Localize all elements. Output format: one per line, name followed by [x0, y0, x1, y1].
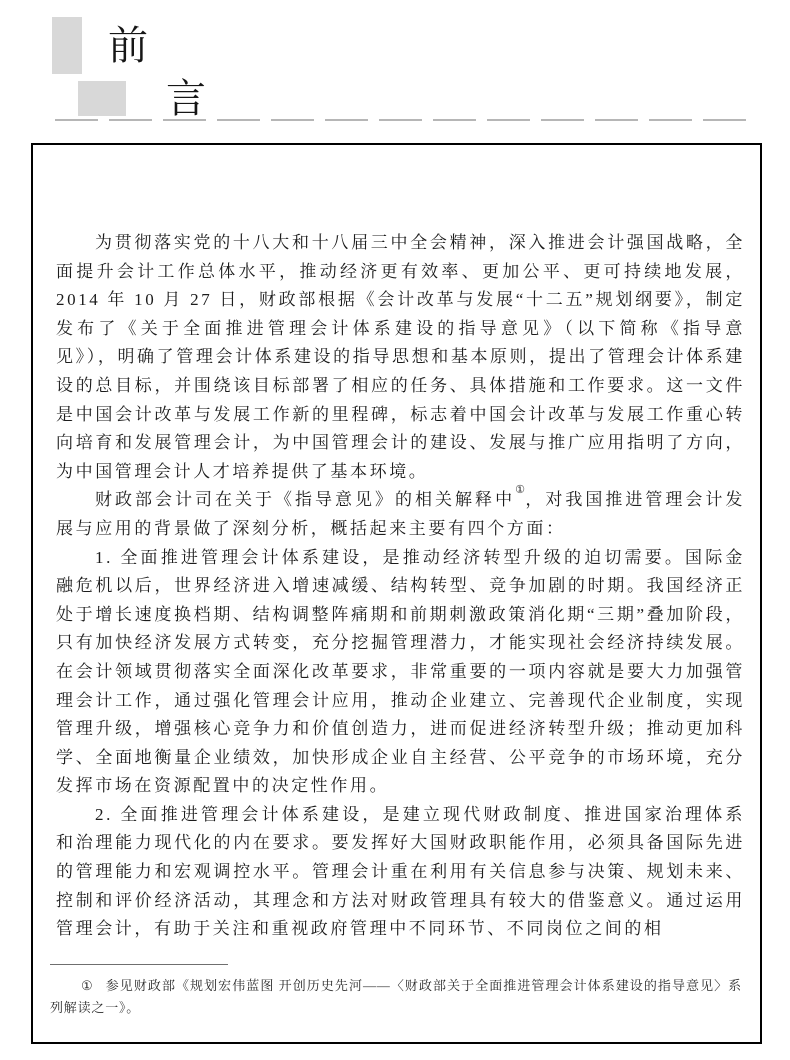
- book-preface-page: 前 言 为贯彻落实党的十八大和十八届三中全会精神，深入推进会计强国战略，全面提升…: [0, 0, 790, 1060]
- paragraph-3: 1. 全面推进管理会计体系建设，是推动经济转型升级的迫切需要。国际金融危机以后，…: [56, 544, 745, 801]
- title-char-yan: 言: [166, 79, 206, 119]
- paragraph-1: 为贯彻落实党的十八大和十八届三中全会精神，深入推进会计强国战略，全面提升会计工作…: [56, 229, 745, 486]
- footnote: ①参见财政部《规划宏伟蓝图 开创历史先河——〈财政部关于全面推进管理会计体系建设…: [50, 975, 742, 1018]
- body-text: 为贯彻落实党的十八大和十八届三中全会精神，深入推进会计强国战略，全面提升会计工作…: [56, 229, 745, 944]
- footnote-marker: ①: [81, 978, 94, 993]
- footnote-reference-marker: ①: [515, 484, 525, 496]
- content-frame: 为贯彻落实党的十八大和十八届三中全会精神，深入推进会计强国战略，全面提升会计工作…: [31, 143, 762, 1044]
- deco-block-lower: [78, 81, 126, 116]
- title-dash-divider: [55, 119, 748, 121]
- paragraph-2-text-before: 财政部会计司在关于《指导意见》的相关解释中: [95, 490, 515, 509]
- footnote-divider: [50, 964, 228, 965]
- title-char-qian: 前: [108, 26, 148, 66]
- footnote-text: 参见财政部《规划宏伟蓝图 开创历史先河——〈财政部关于全面推进管理会计体系建设的…: [50, 978, 742, 1015]
- paragraph-2: 财政部会计司在关于《指导意见》的相关解释中①，对我国推进管理会计发展与应用的背景…: [56, 486, 745, 543]
- deco-block-upper: [52, 17, 82, 74]
- paragraph-4: 2. 全面推进管理会计体系建设，是建立现代财政制度、推进国家治理体系和治理能力现…: [56, 801, 745, 944]
